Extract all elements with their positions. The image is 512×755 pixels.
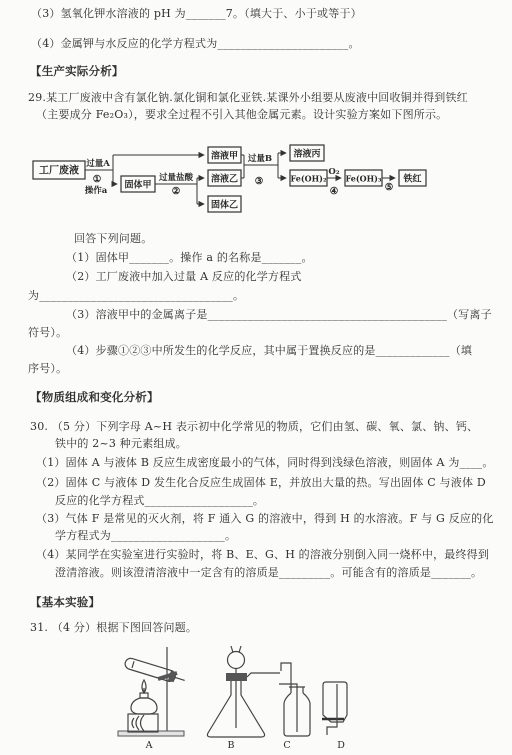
q29-item3-line2: 符号）。 [28,326,67,340]
q29-intro-line1: 29.某工厂废液中含有氯化钠.氯化铜和氯化亚铁.某课外小组要从废液中回收铜并得到… [28,91,468,105]
apparatus-a-label: A [145,740,153,751]
flowchart-node-solution-bing: 溶液丙 [290,145,324,161]
funnel-bulb [228,652,245,669]
apparatus-a-heating-setup: A [118,647,186,751]
section-heading-composition-analysis: 【物质组成和变化分析】 [30,390,159,404]
q30-item4-line2: 澄清溶液。则该澄清溶液中一定含有的溶质是_________。可能含有的溶质是__… [55,566,482,580]
flowchart-node-waste: 工厂废液 [33,161,85,179]
apparatus-figure: A B C D [0,640,512,755]
q30-item2-line1: （2）固体 C 与液体 D 发生化合反应生成固体 E，并放出大量的热。写出固体 … [36,476,486,490]
edge-label-excess-a: 过量A [85,158,110,169]
q30-intro-line2: 铁中的 2~3 种元素组成。 [55,437,187,451]
flowchart-node-solution-jia: 溶液甲 [208,147,241,163]
alcohol-lamp [131,680,157,714]
edge-label-step4: ④ [330,186,339,197]
q30-item1-line: （1）固体 A 与液体 B 反应生成密度最小的气体，同时得到浅绿色溶液，则固体 … [36,456,494,470]
bent-tube [281,663,291,690]
test-tube [124,657,187,686]
apparatus-b-label: B [228,740,235,751]
q28-item3-line: （3）氢氧化钾水溶液的 pH 为_______7。（填大于、小于或等于） [31,7,362,21]
apparatus-c-label: C [283,740,290,751]
flowchart-node-feoh2-label: Fe(OH)₂ [291,174,327,184]
q29-item2-line1: （2）工厂废液中加入过量 A 反应的化学方程式 [66,270,302,284]
edge-label-step3: ③ [255,176,264,187]
q30-item3-line2: 学方程式为____________________。 [55,529,236,543]
flowchart-node-solution-jia-label: 溶液甲 [211,150,238,162]
process-flowchart: 工厂废液 溶液甲 固体甲 溶液乙 固体乙 溶液丙 Fe(OH)₂ Fe(OH) [0,134,512,232]
apparatus-b-gas-generator: B [207,646,280,751]
edge-label-step2: ② [172,186,181,197]
flowchart-node-solution-yi-label: 溶液乙 [211,173,238,185]
q29-item3-line1: （3）溶液甲中的金属离子是___________________________… [66,308,492,322]
edge-label-excess-b: 过量B [247,153,272,164]
q29-item4-line1: （4）步骤①②③中所发生的化学反应，其中属于置换反应的是____________… [66,344,472,358]
flowchart-node-feoh3: Fe(OH)₃ [345,170,382,186]
flowchart-node-solution-yi: 溶液乙 [208,170,241,186]
q30-item4-line1: （4）某同学在实验室进行实验时，将 B、E、G、H 的溶液分别倒入同一烧杯中，最… [36,548,489,562]
q30-intro-line1: 30. （5 分）下列字母 A~H 表示初中化学常见的物质，它们由氢、碳、氧、氯… [30,420,478,434]
apparatus-c-collection-bottle: C [279,663,310,751]
apparatus-d-inverted-bottle: D [322,682,347,751]
delivery-tube [247,673,280,677]
edge-label-excess-hcl: 过量盐酸 [158,172,194,183]
edge-label-o2: O₂ [328,167,339,177]
flowchart-node-feoh2: Fe(OH)₂ [290,170,327,186]
q29-item1-line: （1）固体甲_______。操作 a 的名称是_______。 [66,251,313,265]
flowchart-node-iron-red: 铁红 [399,170,426,186]
edge-label-operation-a: 操作a [84,185,108,196]
flowchart-node-iron-red-label: 铁红 [402,173,421,185]
flowchart-node-solid-jia: 固体甲 [121,176,155,192]
q29-intro-line2: （主要成分 Fe₂O₃），要求全过程不引入其他金属元素。设计实验方案如下图所示。 [36,108,447,122]
flowchart-node-solid-yi-label: 固体乙 [211,199,238,211]
apparatus-d-label: D [337,740,345,751]
stopper [226,673,247,681]
flowchart-node-feoh3-label: Fe(OH)₃ [346,174,382,184]
exam-paper-page: （3）氢氧化钾水溶液的 pH 为_______7。（填大于、小于或等于） （4）… [0,0,512,755]
flowchart-node-solid-yi: 固体乙 [208,196,241,212]
q29-item4-line2: 序号）。 [28,362,67,376]
flowchart-node-solid-jia-label: 固体甲 [124,179,151,191]
edge-label-step1: ① [93,174,102,185]
edge-label-step5: ⑤ [385,182,394,193]
section-heading-production-analysis: 【生产实际分析】 [30,64,124,78]
flowchart-node-waste-label: 工厂废液 [39,164,79,177]
q29-item2-line2: 为__________________________________。 [28,289,244,303]
long-tube [279,684,297,732]
q30-item2-line2: 反应的化学方程式___________________。 [55,494,264,508]
q28-item4-line: （4）金属钾与水反应的化学方程式为_______________________… [31,37,360,51]
section-heading-basic-experiment: 【基本实验】 [30,595,100,609]
q30-item3-line1: （3）气体 F 是常见的灭火剂，将 F 通入 G 的溶液中，得到 H 的水溶液。… [36,512,494,526]
q29-answer-prompt: 回答下列问题。 [74,232,152,246]
flowchart-node-solution-bing-label: 溶液丙 [293,148,320,160]
q31-intro-line: 31. （4 分）根据下图回答问题。 [30,621,197,635]
inverted-bottle [323,682,347,722]
wood-block [128,714,158,732]
elbow-tube [327,684,337,735]
